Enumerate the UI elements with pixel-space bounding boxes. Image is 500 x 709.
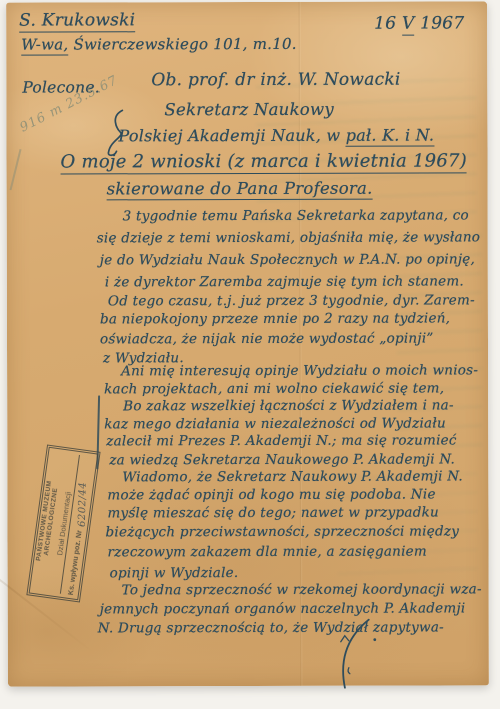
sender-name: S. Krukowski [19,10,135,30]
body-line: rzeczowym zakazem dla mnie, a zasięganie… [108,544,427,561]
archive-stamp-frame: PAŃSTWOWE MUZEUM ARCHEOLOGICZNE Dział Do… [29,447,99,600]
body-line: kaz mego działania w niezależności od Wy… [104,415,446,432]
sender-address: W-wa, Świerczewskiego 101, m.10. [21,35,297,54]
body-line: ba niepokojony przeze mnie po 2 razy na … [100,310,450,327]
body-line: może żądać opinji od kogo mu się podoba.… [107,487,435,504]
pencil-slash-mark [10,149,22,190]
body-line: Ani mię interesują opinje Wydziału o moi… [121,362,478,379]
letter-date: 16 V 1967 [374,13,464,33]
body-line: zalecił mi Prezes P. Akademji N.; ma się… [106,432,457,449]
body-line: się dzieje z temi wnioskami, objaśniła m… [97,229,480,246]
body-line: Bo zakaz wszelkiej łączności z Wydziałem… [123,397,454,414]
body-line: i że dyrektor Zaremba zajmuje się tym ic… [105,273,464,290]
subject-line2: skierowane do Pana Profesora. [107,179,373,199]
body-line: bieżących przeciwstawności, sprzeczności… [105,523,459,540]
body-line: opinji w Wydziale. [110,565,239,581]
body-line: kach projektach, ani mi wolno ciekawić s… [104,380,444,397]
archive-stamp: PAŃSTWOWE MUZEUM ARCHEOLOGICZNE Dział Do… [26,445,100,603]
recipient-line3: Polskiej Akademji Nauk, w pał. K. i N. [118,126,434,146]
body-line: oświadcza, że nijak nie może wydostać „o… [100,331,434,348]
recipient-line2: Sekretarz Naukowy [164,100,334,119]
subject-line1: O moje 2 wnioski (z marca i kwietnia 196… [60,150,467,172]
body-line: Od tego czasu, t.j. już przez 3 tygodnie… [108,292,475,309]
body-line: To jedna sprzeczność w rzekomej koordyna… [122,581,482,598]
scan-background: S. Krukowski W-wa, Świerczewskiego 101, … [0,0,500,709]
stamp-register-label: Ks. wpływu poz. Nr [66,530,84,596]
recipient-line1: Ob. prof. dr inż. W. Nowacki [151,70,400,91]
body-line: 3 tygodnie temu Pańska Sekretarka zapyta… [123,207,469,224]
body-line: N. Drugą sprzecznością to, że Wydział za… [98,619,444,636]
body-line: za wiedzą Sekretarza Naukowego P. Akadem… [109,451,455,468]
stamp-register-number: 6202/44 [77,482,89,527]
letter-page: S. Krukowski W-wa, Świerczewskiego 101, … [6,1,489,686]
body-line: je do Wydziału Nauk Społecznych w P.A.N.… [100,251,475,268]
body-line: Wiadomo, że Sekretarz Naukowy P. Akademj… [122,468,463,485]
body-line: myślę mieszać się do tego; nawet w przyp… [107,504,439,521]
body-line: jemnych poczynań organów naczelnych P. A… [100,600,466,617]
